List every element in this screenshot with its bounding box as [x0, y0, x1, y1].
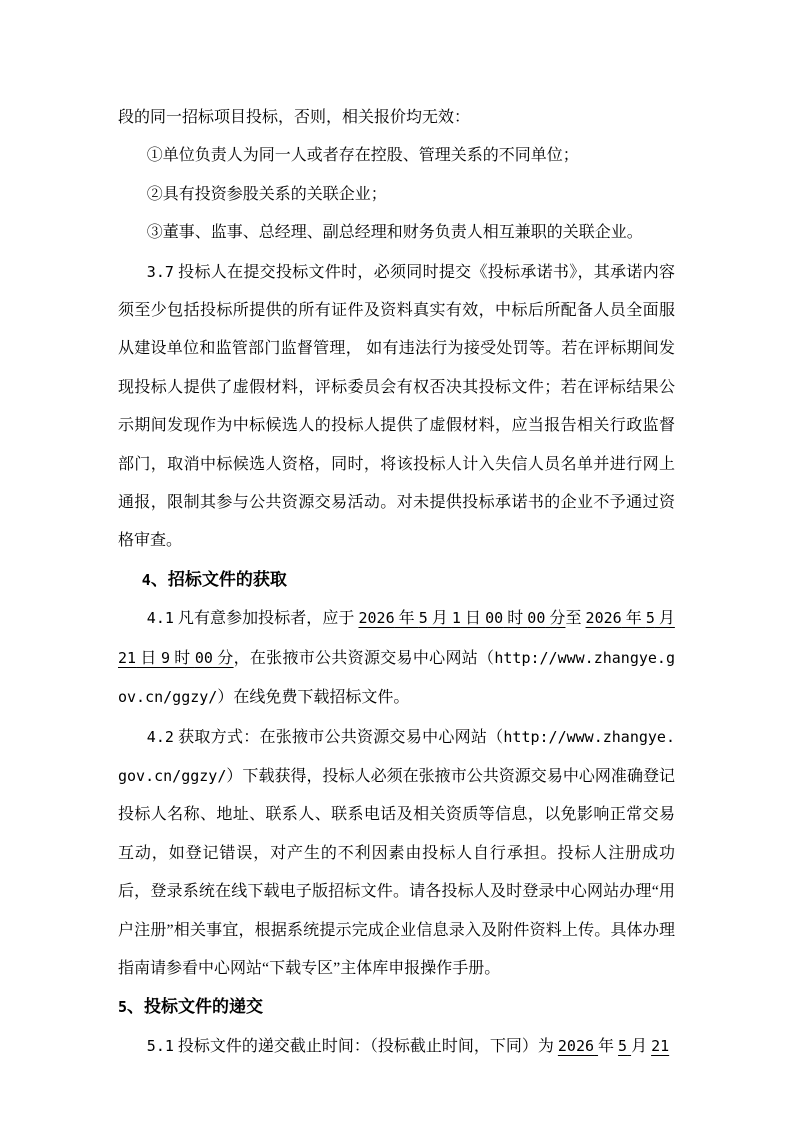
continued-paragraph: 段的同一招标项目投标，否则，相关报价均无效：: [118, 99, 675, 137]
related-unit-item-1-run-0: ①单位负责人为同一人或者存在控股、管理关系的不同单位；: [147, 147, 579, 164]
clause-4-2-run-0: 4.2 获取方式：在张掖市公共资源交易中心网站（http://www.zhang…: [118, 729, 675, 977]
clause-5-1-run-3: 5: [618, 1038, 631, 1055]
latin-text: 2026: [586, 609, 622, 627]
document-body: 段的同一招标项目投标，否则，相关报价均无效：①单位负责人为同一人或者存在控股、管…: [118, 99, 675, 1066]
related-unit-item-2: ②具有投资参股关系的关联企业；: [118, 176, 675, 214]
clause-5-1-run-4: 月: [631, 1038, 651, 1055]
document-page: 段的同一招标项目投标，否则，相关报价均无效：①单位负责人为同一人或者存在控股、管…: [0, 0, 793, 1122]
latin-text: 3.7: [147, 263, 174, 281]
continued-paragraph-run-0: 段的同一招标项目投标，否则，相关报价均无效：: [118, 109, 470, 126]
clause-3-7: 3.7 投标人在提交投标文件时，必须同时提交《投标承诺书》，其承诺内容须至少包括…: [118, 253, 675, 561]
clause-4-1-run-1: 2026 年 5 月 1 日 00 时 00 分: [358, 610, 565, 627]
latin-text: 5: [618, 1037, 627, 1055]
latin-text: 5: [419, 609, 428, 627]
clause-4-1-run-0: 4.1 凡有意参加投标者，应于: [147, 610, 359, 627]
clause-5-1-run-0: 5.1 投标文件的递交截止时间：（投标截止时间，下同）为: [147, 1038, 558, 1055]
latin-text: 9: [161, 649, 170, 667]
related-unit-item-3-run-0: ③董事、监事、总经理、副总经理和财务负责人相互兼职的关联企业。: [147, 224, 643, 241]
clause-5-1-run-5: 21: [651, 1038, 669, 1055]
clause-5-1: 5.1 投标文件的递交截止时间：（投标截止时间，下同）为 2026 年 5 月 …: [118, 1027, 675, 1066]
latin-text: 21: [118, 649, 136, 667]
related-unit-item-2-run-0: ②具有投资参股关系的关联企业；: [147, 186, 387, 203]
latin-text: 2026: [558, 1037, 594, 1055]
heading-4-bid-document-acquisition: 4、招标文件的获取: [118, 561, 675, 599]
latin-text: 4.2: [147, 728, 174, 746]
latin-text: 5.1: [147, 1037, 174, 1055]
clause-4-1-run-2: 至: [565, 610, 585, 627]
heading-5-bid-submission-run-0: 5、投标文件的递交: [118, 997, 263, 1016]
related-unit-item-1: ①单位负责人为同一人或者存在控股、管理关系的不同单位；: [118, 137, 675, 175]
heading-4-bid-document-acquisition-run-0: 4、招标文件的获取: [142, 570, 287, 589]
clause-4-1: 4.1 凡有意参加投标者，应于 2026 年 5 月 1 日 00 时 00 分…: [118, 599, 675, 717]
clause-4-2: 4.2 获取方式：在张掖市公共资源交易中心网站（http://www.zhang…: [118, 718, 675, 989]
latin-text: 00: [195, 649, 213, 667]
related-unit-item-3: ③董事、监事、总经理、副总经理和财务负责人相互兼职的关联企业。: [118, 214, 675, 252]
latin-text: 00: [527, 609, 545, 627]
latin-text: 5: [646, 609, 655, 627]
latin-text: http://www.zhangye.gov.cn/ggzy/: [118, 728, 675, 785]
latin-text: 1: [452, 609, 461, 627]
latin-text: 2026: [358, 609, 394, 627]
clause-5-1-run-2: 年: [598, 1038, 618, 1055]
latin-text: 4: [142, 571, 151, 589]
latin-text: 00: [485, 609, 503, 627]
clause-3-7-run-0: 3.7 投标人在提交投标文件时，必须同时提交《投标承诺书》，其承诺内容须至少包括…: [118, 264, 675, 550]
latin-text: 4.1: [147, 609, 174, 627]
clause-5-1-run-1: 2026: [558, 1038, 598, 1055]
latin-text: 21: [651, 1037, 669, 1055]
heading-5-bid-submission: 5、投标文件的递交: [118, 988, 675, 1026]
latin-text: 5: [118, 998, 127, 1016]
